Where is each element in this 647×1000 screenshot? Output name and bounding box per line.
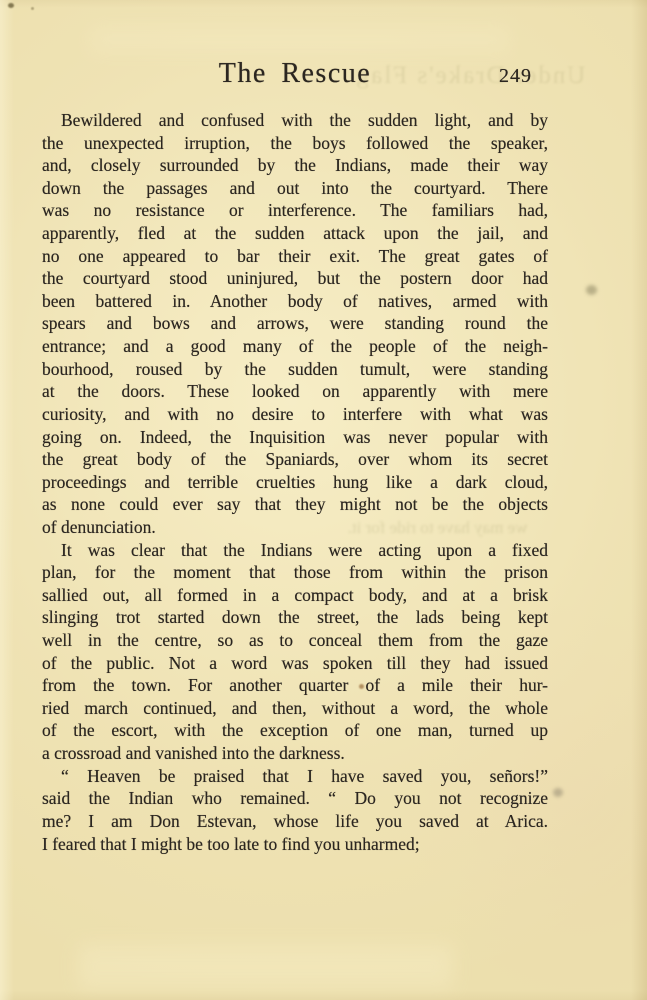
text-line: It was clear that the Indians were actin…	[42, 539, 548, 562]
ink-speck	[8, 3, 14, 8]
text-line: spears and bows and arrows, were standin…	[42, 312, 548, 335]
text-line: apparently, fled at the sudden attack up…	[42, 222, 548, 245]
text-line: was no resistance or interference. The f…	[42, 199, 548, 222]
text-line: entrance; and a good many of the people …	[42, 335, 548, 358]
text-line: no one appeared to bar their exit. The g…	[42, 245, 548, 268]
text-line: curiosity, and with no desire to interfe…	[42, 403, 548, 426]
page-header: The Rescue 249	[42, 56, 548, 100]
stain-smudge	[553, 788, 563, 797]
text-line: plan, for the moment that those from wit…	[42, 561, 548, 584]
text-line: of denunciation.	[42, 516, 548, 539]
paper-light-band	[90, 26, 510, 52]
text-line: down the passages and out into the court…	[42, 177, 548, 200]
paragraph: “ Heaven be praised that I have saved yo…	[42, 765, 548, 855]
text-line: been battered in. Another body of native…	[42, 290, 548, 313]
book-page: Under Drake's Flag we may have to ride f…	[0, 0, 647, 1000]
text-line: the unexpected irruption, the boys follo…	[42, 132, 548, 155]
text-line: well in the centre, so as to conceal the…	[42, 629, 548, 652]
text-line: the great body of the Spaniards, over wh…	[42, 448, 548, 471]
page-body: Bewildered and confused with the sudden …	[42, 109, 548, 855]
text-line: slinging trot started down the street, t…	[42, 606, 548, 629]
ink-speck	[31, 7, 34, 10]
text-line: a crossroad and vanished into the darkne…	[42, 742, 548, 765]
paper-light-band	[78, 945, 453, 989]
text-line: said the Indian who remained. “ Do you n…	[42, 787, 548, 810]
text-line: of the public. Not a word was spoken til…	[42, 652, 548, 675]
text-line: at the doors. These looked on apparently…	[42, 380, 548, 403]
text-line: the courtyard stood uninjured, but the p…	[42, 267, 548, 290]
text-line: going on. Indeed, the Inquisition was ne…	[42, 426, 548, 449]
text-line: sallied out, all formed in a compact bod…	[42, 584, 548, 607]
text-line: proceedings and terrible cruelties hung …	[42, 471, 548, 494]
paragraph: It was clear that the Indians were actin…	[42, 539, 548, 765]
text-line: me? I am Don Estevan, whose life you sav…	[42, 810, 548, 833]
paragraph: Bewildered and confused with the sudden …	[42, 109, 548, 539]
text-line: as none could ever say that they might n…	[42, 493, 548, 516]
text-line: of the escort, with the exception of one…	[42, 719, 548, 742]
page-number: 249	[499, 65, 532, 88]
text-line: ried march continued, and then, without …	[42, 697, 548, 720]
text-line: I feared that I might be too late to fin…	[42, 833, 548, 856]
text-line: “ Heaven be praised that I have saved yo…	[42, 765, 548, 788]
text-line: Bewildered and confused with the sudden …	[42, 109, 548, 132]
text-line: bourhood, roused by the sudden tumult, w…	[42, 358, 548, 381]
stain-smudge	[586, 285, 597, 295]
chapter-title: The Rescue	[42, 56, 548, 92]
text-line: from the town. For another quarter of a …	[42, 674, 548, 697]
text-line: and, closely surrounded by the Indians, …	[42, 154, 548, 177]
